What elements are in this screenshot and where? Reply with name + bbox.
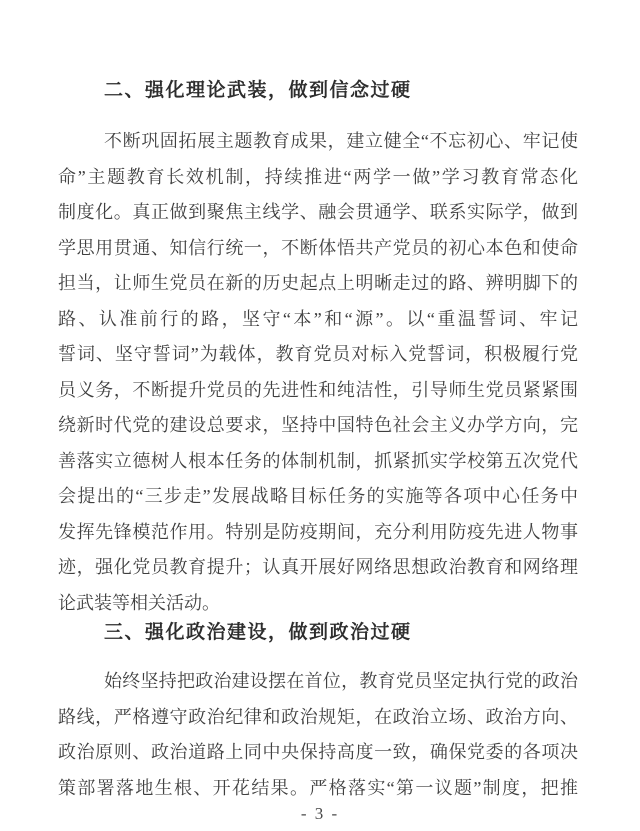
text-line: 策部署落地生根、开花结果。严格落实“第一议题”制度，把推 bbox=[58, 771, 578, 807]
section-heading-theory: 二、强化理论武装，做到信念过硬 bbox=[104, 78, 584, 104]
text-line: 学思用贯通、知信行统一，不断体悟共产党员的初心本色和使命 bbox=[58, 231, 578, 267]
paragraph-theory: 不断巩固拓展主题教育成果，建立健全“不忘初心、牢记使命”主题教育长效机制，持续推… bbox=[58, 124, 578, 621]
text-line: 绕新时代党的建设总要求，坚持中国特色社会主义办学方向，完 bbox=[58, 408, 578, 444]
section-heading-politics: 三、强化政治建设，做到政治过硬 bbox=[104, 620, 584, 646]
text-line: 命”主题教育长效机制，持续推进“两学一做”学习教育常态化 bbox=[58, 160, 578, 196]
text-line: 不断巩固拓展主题教育成果，建立健全“不忘初心、牢记使 bbox=[58, 124, 578, 160]
text-line: 担当，让师生党员在新的历史起点上明晰走过的路、辨明脚下的 bbox=[58, 266, 578, 302]
text-line: 员义务，不断提升党员的先进性和纯洁性，引导师生党员紧紧围 bbox=[58, 373, 578, 409]
text-line: 政治原则、政治道路上同中央保持高度一致，确保党委的各项决 bbox=[58, 735, 578, 771]
text-line: 路线，严格遵守政治纪律和政治规矩，在政治立场、政治方向、 bbox=[58, 700, 578, 736]
text-line: 发挥先锋模范作用。特别是防疫期间，充分利用防疫先进人物事 bbox=[58, 515, 578, 551]
text-line: 誓词、坚守誓词”为载体，教育党员对标入党誓词，积极履行党 bbox=[58, 337, 578, 373]
text-line: 论武装等相关活动。 bbox=[58, 586, 578, 622]
document-page: 二、强化理论武装，做到信念过硬 不断巩固拓展主题教育成果，建立健全“不忘初心、牢… bbox=[0, 0, 640, 831]
text-line: 迹，强化党员教育提升；认真开展好网络思想政治教育和网络理 bbox=[58, 550, 578, 586]
text-line: 始终坚持把政治建设摆在首位，教育党员坚定执行党的政治 bbox=[58, 664, 578, 700]
page-number: - 3 - bbox=[0, 804, 640, 824]
text-line: 制度化。真正做到聚焦主线学、融会贯通学、联系实际学，做到 bbox=[58, 195, 578, 231]
text-line: 善落实立德树人根本任务的体制机制，抓紧抓实学校第五次党代 bbox=[58, 444, 578, 480]
text-line: 路、认准前行的路，坚守“本”和“源”。以“重温誓词、牢记 bbox=[58, 302, 578, 338]
text-line: 会提出的“三步走”发展战略目标任务的实施等各项中心任务中 bbox=[58, 479, 578, 515]
paragraph-politics: 始终坚持把政治建设摆在首位，教育党员坚定执行党的政治路线，严格遵守政治纪律和政治… bbox=[58, 664, 578, 806]
